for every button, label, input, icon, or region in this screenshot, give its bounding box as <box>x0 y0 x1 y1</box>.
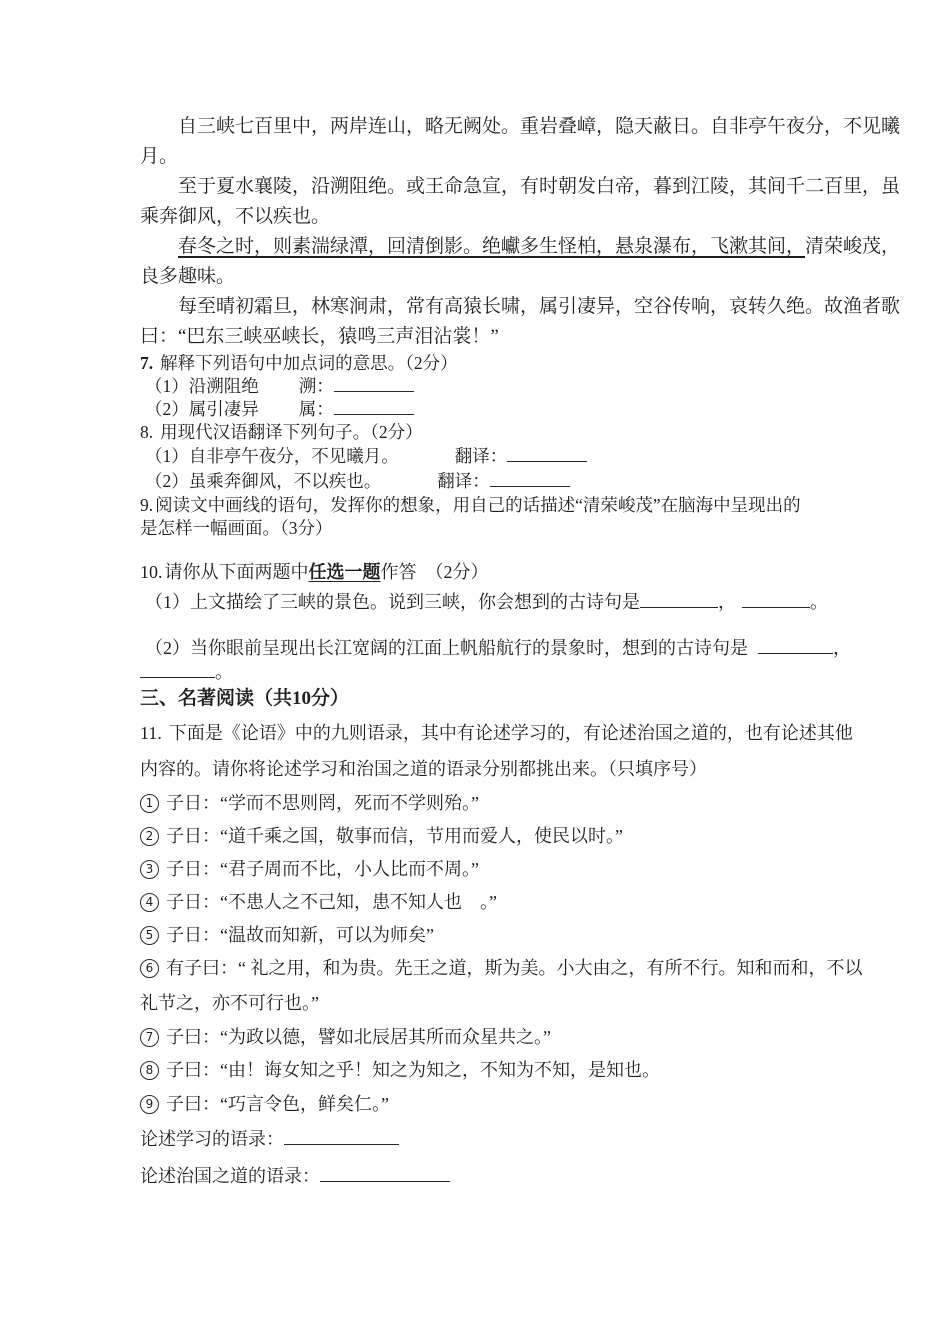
question-7-item-2: （2）属引凄异属： <box>140 398 822 421</box>
analects-quote-6-wrap: 礼节之，亦不可行也。” <box>140 985 822 1021</box>
analects-quote-6: 6有子曰：“ 礼之用，和为贵。先王之道，斯为美。小大由之，有所不行。知和而和，不… <box>140 952 822 985</box>
passage-line: 每至晴初霜旦，林寒涧肃，常有高猿长啸，属引凄异，空谷传响，哀转久绝。故渔者歌 <box>140 292 822 322</box>
passage-line: 曰：“巴东三峡巫峡长，猿鸣三声泪沾裳！” <box>140 322 822 352</box>
section-3-heading: 三、名著阅读（共10分） <box>140 682 822 715</box>
passage-line: 至于夏水襄陵，沿溯阻绝。或王命急宣，有时朝发白帝，暮到江陵，其间千二百里，虽 <box>140 172 822 202</box>
comma: ， <box>833 638 851 658</box>
question-9-text: 阅读文中画线的语句，发挥你的想象，用自己的话描述“清荣峻茂”在脑海中呈现出的 <box>155 495 801 515</box>
item-phrase: （2）属引凄异 <box>145 399 259 419</box>
vertical-gap <box>140 617 822 635</box>
passage-line-underlined: 春冬之时，则素湍绿潭，回清倒影。绝巘多生怪柏，悬泉瀑布，飞漱其间，清荣峻茂， <box>140 232 822 262</box>
underlined-sentence: 春冬之时，则素湍绿潭，回清倒影。绝巘多生怪柏，悬泉瀑布，飞漱其间， <box>178 236 805 257</box>
quote-text: 子日：“学而不思则罔，死而不学则殆。” <box>166 793 479 813</box>
passage-line: 乘奔御风，不以疾也。 <box>140 202 822 232</box>
page-content: 自三峡七百里中，两岸连山，略无阙处。重岩叠嶂，隐天蔽日。自非亭午夜分，不见曦 月… <box>140 112 822 1195</box>
item-text: （2）当你眼前呈现出长江宽阔的江面上帆船航行的景象时，想到的古诗句是 <box>145 638 748 658</box>
item-phrase: （1）沿溯阻绝 <box>145 376 259 396</box>
question-7-number: 7. <box>140 352 153 375</box>
question-10-item-2: （2）当你眼前呈现出长江宽阔的江面上帆船航行的景象时，想到的古诗句是， <box>140 635 822 662</box>
question-7-title: 解释下列语句中加点词的意思。（2分） <box>160 353 458 373</box>
passage-text: 自三峡七百里中，两岸连山，略无阙处。重岩叠嶂，隐天蔽日。自非亭午夜分，不见曦 <box>178 116 900 137</box>
passage-text: 每至晴初霜旦，林寒涧肃，常有高猿长啸，属引凄异，空谷传响，哀转久绝。故渔者歌 <box>178 296 900 317</box>
circled-number-icon: 2 <box>140 827 159 846</box>
quote-text: 子曰：“由！诲女知之乎！知之为知之，不知为不知，是知也。 <box>166 1060 660 1080</box>
question-8: 8.用现代汉语翻译下列句子。（2分） <box>140 421 822 444</box>
question-10: 10.请你从下面两题中任选一题作答 （2分） <box>140 557 822 587</box>
passage-text: 至于夏水襄陵，沿溯阻绝。或王命急宣，有时朝发白帝，暮到江陵，其间千二百里，虽 <box>178 176 900 197</box>
passage-text: 乘奔御风，不以疾也。 <box>140 206 330 227</box>
answer-blank <box>140 663 215 678</box>
question-9-number: 9. <box>140 494 153 517</box>
question-10-item-1: （1）上文描绘了三峡的景色。说到三峡，你会想到的古诗句是，。 <box>140 587 822 617</box>
analects-quote-2: 2子日：“道千乘之国，敬事而信，节用而爱人，使民以时。” <box>140 820 822 853</box>
circled-number-icon: 1 <box>140 794 159 813</box>
analects-quote-9: 9子曰：“巧言令色，鲜矣仁。” <box>140 1087 822 1121</box>
question-8-item-2: （2）虽乘奔御风，不以疾也。翻译： <box>140 469 822 494</box>
answer-label: 论述治国之道的语录： <box>140 1166 320 1186</box>
analects-quote-8: 8子曰：“由！诲女知之乎！知之为知之，不知为不知，是知也。 <box>140 1054 822 1087</box>
question-8-item-1: （1）自非亭午夜分，不见曦月。翻译： <box>140 444 822 469</box>
circled-number-icon: 6 <box>140 959 159 978</box>
question-7: 7.解释下列语句中加点词的意思。（2分） <box>140 352 822 375</box>
answer-blank <box>320 1167 450 1182</box>
passage-text: 曰：“巴东三峡巫峡长，猿鸣三声泪沾裳！” <box>140 326 499 347</box>
question-9-line-2: 是怎样一幅画面。（3分） <box>140 517 822 540</box>
quote-text: 子日：“不患人之不己知，患不知人也 。” <box>166 892 497 912</box>
quote-text: 子曰：“为政以德，譬如北辰居其所而众星共之。” <box>166 1027 551 1047</box>
answer-blank <box>490 472 570 487</box>
passage-line: 良多趣味。 <box>140 262 822 292</box>
comma: ， <box>718 592 736 612</box>
quote-text: 子日：“君子周而不比，小人比而不周。” <box>166 859 479 879</box>
question-11-text: 下面是《论语》中的九则语录，其中有论述学习的，有论述治国之道的，也有论述其他 <box>169 723 853 743</box>
answer-blank <box>742 593 810 608</box>
item-sentence: （1）自非亭午夜分，不见曦月。 <box>145 446 399 466</box>
scanned-test-page: 自三峡七百里中，两岸连山，略无阙处。重岩叠嶂，隐天蔽日。自非亭午夜分，不见曦 月… <box>0 0 950 1344</box>
choose-one-emphasis: 任选一题 <box>309 562 381 582</box>
answer-line-study: 论述学习的语录： <box>140 1121 822 1158</box>
translate-label: 翻译： <box>437 471 490 491</box>
question-7-item-1: （1）沿溯阻绝溯： <box>140 375 822 398</box>
analects-quote-1: 1子日：“学而不思则罔，死而不学则殆。” <box>140 787 822 820</box>
item-term: 属： <box>299 399 334 419</box>
circled-number-icon: 9 <box>140 1095 159 1114</box>
analects-quote-5: 5子日：“温故而知新，可以为师矣” <box>140 919 822 952</box>
passage-text: 良多趣味。 <box>140 266 235 287</box>
period: 。 <box>810 592 828 612</box>
item-text: （1）上文描绘了三峡的景色。说到三峡，你会想到的古诗句是 <box>145 592 640 612</box>
question-9-text: 是怎样一幅画面。（3分） <box>140 518 333 538</box>
circled-number-icon: 4 <box>140 893 159 912</box>
period: 。 <box>215 662 233 682</box>
answer-blank <box>334 400 414 415</box>
question-9: 9.阅读文中画线的语句，发挥你的想象，用自己的话描述“清荣峻茂”在脑海中呈现出的 <box>140 494 822 517</box>
question-10-item-2-wrap: 。 <box>140 662 822 682</box>
quote-text: 子曰：“巧言令色，鲜矣仁。” <box>166 1094 389 1114</box>
question-10-number: 10. <box>140 557 163 587</box>
question-11-line-2: 内容的。请你将论述学习和治国之道的语录分别都挑出来。（只填序号） <box>140 751 822 787</box>
passage-text: 清荣峻茂， <box>805 236 900 257</box>
question-10-prefix: 请你从下面两题中 <box>165 562 309 582</box>
answer-blank <box>334 377 414 392</box>
item-sentence: （2）虽乘奔御风，不以疾也。 <box>145 471 381 491</box>
section-3-title: 三、名著阅读（共10分） <box>140 688 349 709</box>
question-11: 11.下面是《论语》中的九则语录，其中有论述学习的，有论述治国之道的，也有论述其… <box>140 715 822 751</box>
circled-number-icon: 7 <box>140 1028 159 1047</box>
answer-blank <box>507 447 587 462</box>
quote-text: 子日：“温故而知新，可以为师矣” <box>166 925 434 945</box>
answer-label: 论述学习的语录： <box>140 1129 284 1149</box>
answer-blank <box>284 1130 399 1145</box>
question-10-suffix: 作答 （2分） <box>381 562 489 582</box>
answer-line-governance: 论述治国之道的语录： <box>140 1158 822 1195</box>
passage-text: 月。 <box>140 146 178 167</box>
item-term: 溯： <box>299 376 334 396</box>
quote-text: 有子曰：“ 礼之用，和为贵。先王之道，斯为美。小大由之，有所不行。知和而和，不以 <box>166 958 863 978</box>
question-11-text: 内容的。请你将论述学习和治国之道的语录分别都挑出来。（只填序号） <box>140 759 707 779</box>
answer-blank <box>758 639 833 654</box>
passage-line: 月。 <box>140 142 822 172</box>
vertical-gap <box>140 540 822 557</box>
circled-number-icon: 3 <box>140 860 159 879</box>
answer-blank <box>640 593 718 608</box>
analects-quote-7: 7子曰：“为政以德，譬如北辰居其所而众星共之。” <box>140 1021 822 1054</box>
question-11-number: 11. <box>140 715 162 751</box>
analects-quote-4: 4子日：“不患人之不己知，患不知人也 。” <box>140 886 822 919</box>
question-8-number: 8. <box>140 421 153 444</box>
passage-line: 自三峡七百里中，两岸连山，略无阙处。重岩叠嶂，隐天蔽日。自非亭午夜分，不见曦 <box>140 112 822 142</box>
quote-text: 礼节之，亦不可行也。” <box>140 993 319 1013</box>
question-8-title: 用现代汉语翻译下列句子。（2分） <box>160 422 423 442</box>
circled-number-icon: 5 <box>140 926 159 945</box>
translate-label: 翻译： <box>455 446 508 466</box>
circled-number-icon: 8 <box>140 1061 159 1080</box>
quote-text: 子日：“道千乘之国，敬事而信，节用而爱人，使民以时。” <box>166 826 623 846</box>
analects-quote-3: 3子日：“君子周而不比，小人比而不周。” <box>140 853 822 886</box>
